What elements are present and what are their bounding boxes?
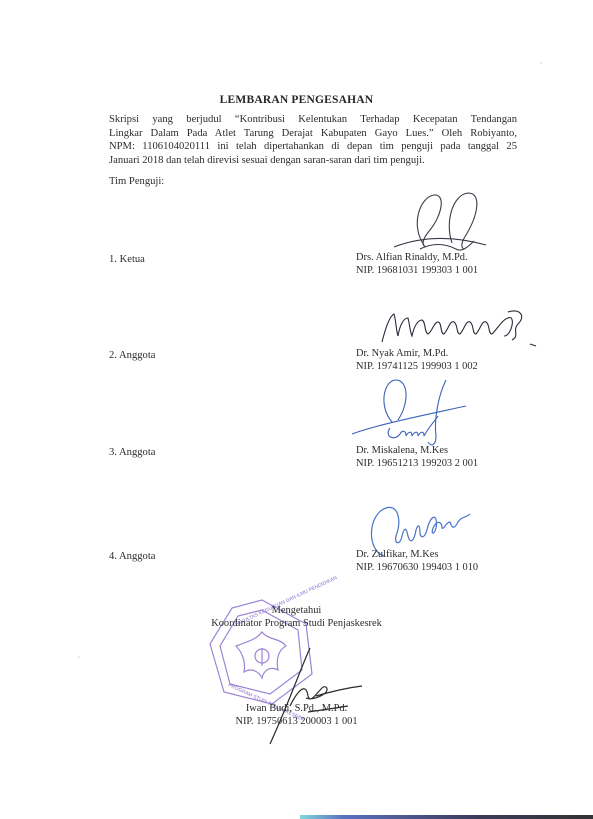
coordinator-info: Iwan Budi, S.Pd., M.Pd. NIP. 19750613 20… [0,703,593,729]
signature-examiner-3 [350,376,470,456]
document-title: LEMBARAN PENGESAHAN [0,94,593,106]
scan-speck [540,62,542,64]
paragraph-line: Januari 2018 dan telah direvisi sesuai d… [109,154,517,168]
approval-paragraph: Skripsi yang berjudul “Kontribusi Kelent… [109,113,517,167]
examiner-nip: NIP. 19651213 199203 2 001 [356,458,478,471]
paragraph-line: Lingkar Dalam Pada Atlet Tarung Derajat … [109,127,517,141]
signature-examiner-2 [380,306,540,346]
coordinator-nip: NIP. 19750613 200003 1 001 [0,716,593,729]
examiner-name: Dr. Miskalena, M.Kes [356,445,478,458]
scan-speck [78,656,80,658]
examiner-name: Drs. Alfian Rinaldy, M.Pd. [356,252,478,265]
examiner-nip: NIP. 19681031 199303 1 001 [356,265,478,278]
examiner-nip: NIP. 19670630 199403 1 010 [356,562,478,575]
team-label: Tim Penguji: [109,176,164,187]
examiner-name: Dr. Nyak Amir, M.Pd. [356,348,478,361]
examiner-role: 4. Anggota [109,551,156,562]
examiner-nip: NIP. 19741125 199903 1 002 [356,361,478,374]
paragraph-line: Skripsi yang berjudul “Kontribusi Kelent… [109,113,517,127]
examiner-info: Dr. Miskalena, M.Kes NIP. 19651213 19920… [356,445,478,470]
signature-coordinator [250,640,370,750]
examiner-name: Dr. Zulfikar, M.Kes [356,549,478,562]
approval-heading: Mengetahui [0,605,593,618]
coordinator-name: Iwan Budi, S.Pd., M.Pd. [0,703,593,716]
examiner-role: 3. Anggota [109,447,156,458]
scan-edge [300,815,593,819]
examiner-role: 1. Ketua [109,254,145,265]
approval-position: Koordinator Program Studi Penjaskesrek [0,618,593,631]
examiner-info: Dr. Nyak Amir, M.Pd. NIP. 19741125 19990… [356,348,478,373]
examiner-info: Drs. Alfian Rinaldy, M.Pd. NIP. 19681031… [356,252,478,277]
approval-block: Mengetahui Koordinator Program Studi Pen… [0,605,593,631]
examiner-role: 2. Anggota [109,350,156,361]
examiner-info: Dr. Zulfikar, M.Kes NIP. 19670630 199403… [356,549,478,574]
paragraph-line: NPM: 1106104020111 ini telah dipertahank… [109,140,517,154]
